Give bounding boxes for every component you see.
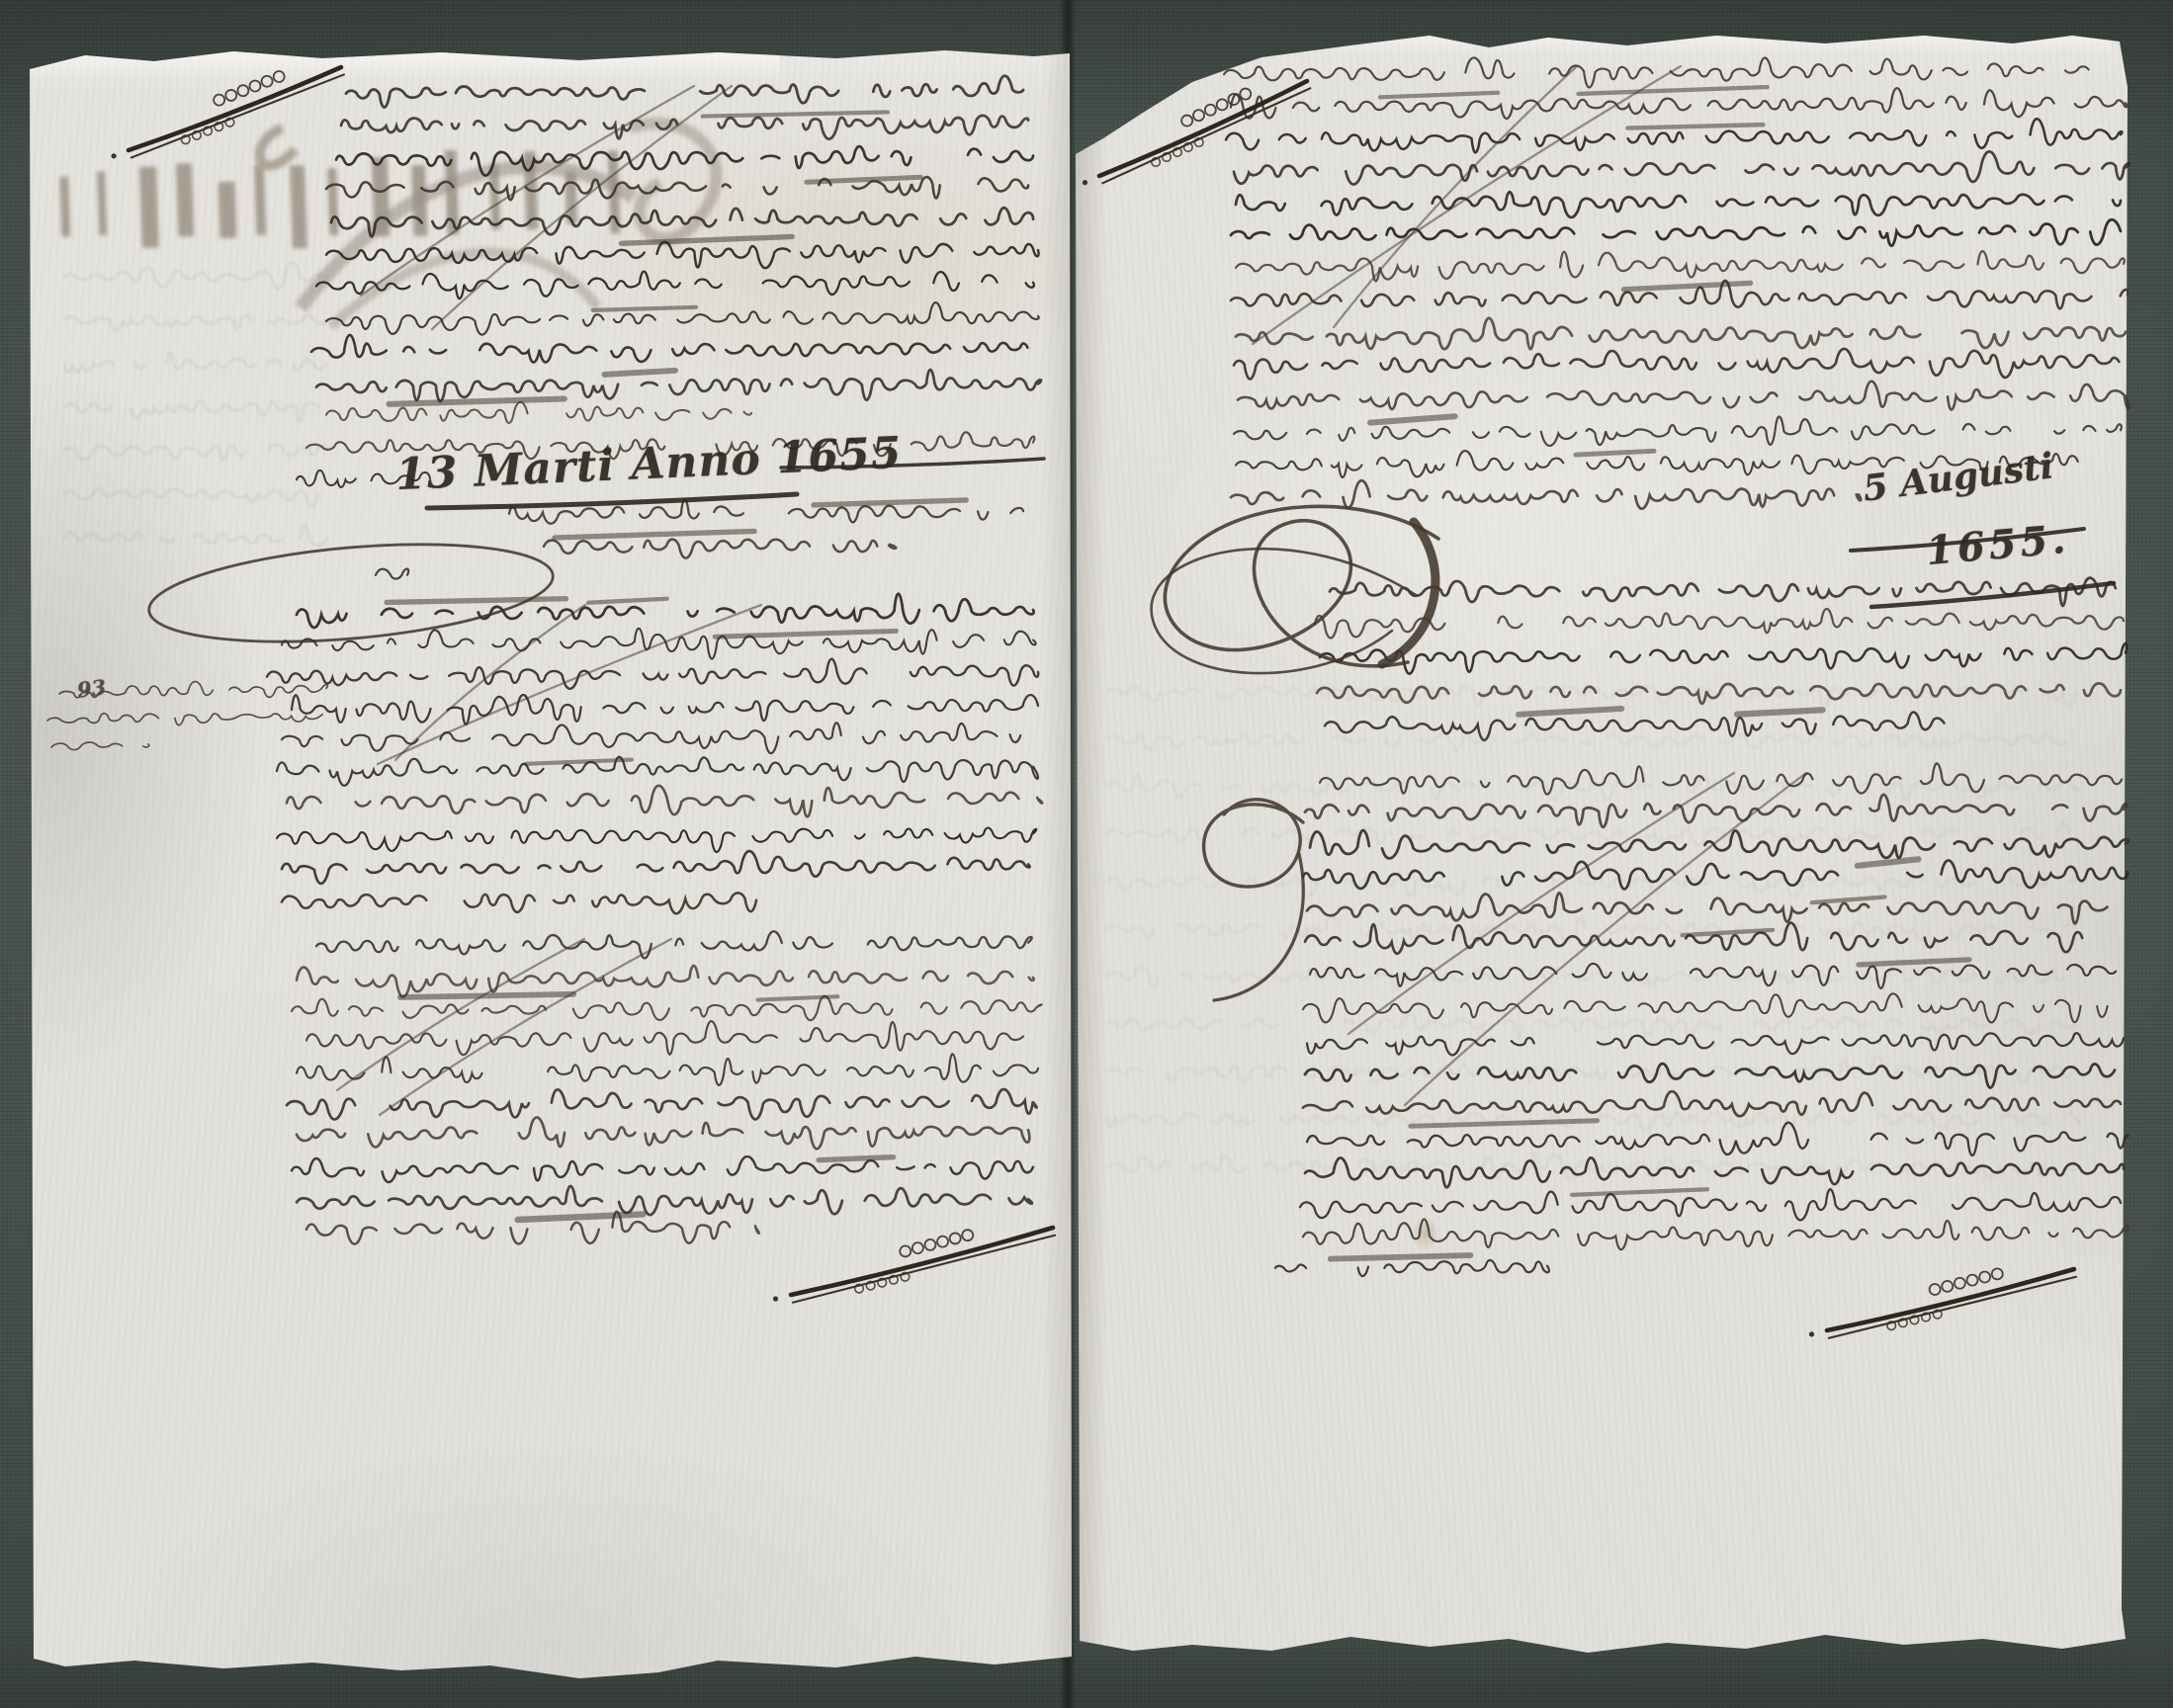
right-page: [1074, 28, 2132, 1670]
left-margin-numeral-text: 93: [76, 674, 108, 702]
left-page: [26, 45, 1072, 1678]
manuscript-scan: 13 Marti Anno 1655 5 Augusti 1655. 93: [0, 0, 2173, 1708]
